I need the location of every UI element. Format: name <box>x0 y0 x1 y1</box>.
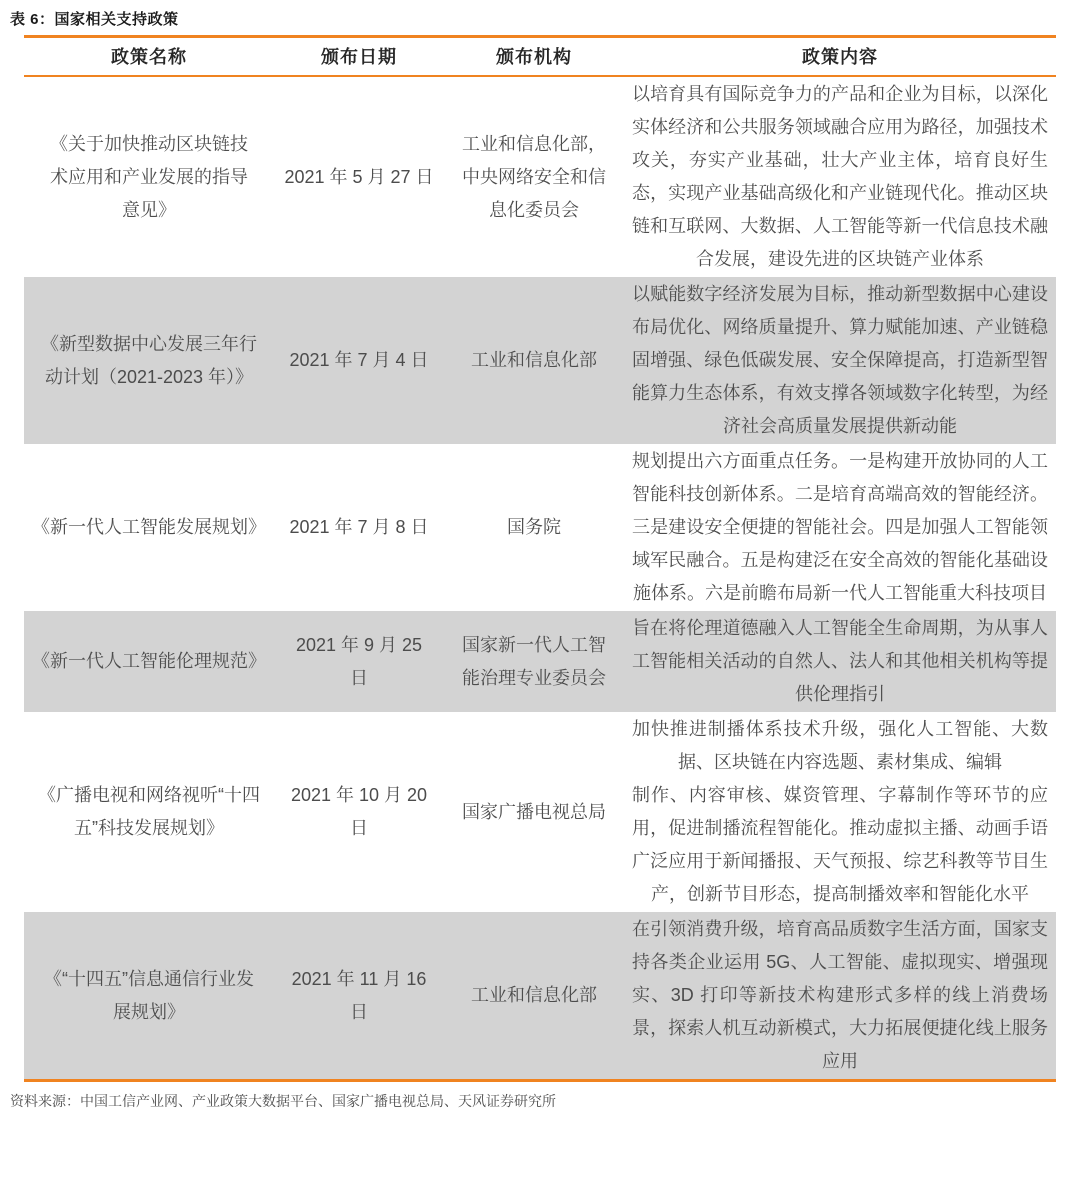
publish-date-cell: 2021 年 9 月 25 日 <box>274 611 444 712</box>
publish-date-cell: 2021 年 11 月 16 日 <box>274 912 444 1081</box>
policy-name-cell: 《新一代人工智能发展规划》 <box>24 444 274 611</box>
policy-name-cell: 《广播电视和网络视听“十四 五”科技发展规划》 <box>24 712 274 912</box>
policy-content-cell: 规划提出六方面重点任务。一是构建开放协同的人工智能科技创新体系。二是培育高端高效… <box>624 444 1056 611</box>
publish-agency-cell: 国家广播电视总局 <box>444 712 624 912</box>
table-row: 《新一代人工智能发展规划》 2021 年 7 月 8 日 国务院 规划提出六方面… <box>24 444 1056 611</box>
table-row: 《新型数据中心发展三年行 动计划（2021-2023 年）》 2021 年 7 … <box>24 277 1056 444</box>
publish-date-cell: 2021 年 10 月 20 日 <box>274 712 444 912</box>
table-header: 政策名称 颁布日期 颁布机构 政策内容 <box>24 37 1056 77</box>
policy-name-cell: 《关于加快推动区块链技 术应用和产业发展的指导 意见》 <box>24 76 274 277</box>
header-row: 政策名称 颁布日期 颁布机构 政策内容 <box>24 37 1056 77</box>
table-body: 《关于加快推动区块链技 术应用和产业发展的指导 意见》 2021 年 5 月 2… <box>24 76 1056 1081</box>
policy-name-cell: 《新一代人工智能伦理规范》 <box>24 611 274 712</box>
policy-name-cell: 《“十四五”信息通信行业发 展规划》 <box>24 912 274 1081</box>
policy-table: 政策名称 颁布日期 颁布机构 政策内容 《关于加快推动区块链技 术应用和产业发展… <box>24 35 1056 1082</box>
publish-date-cell: 2021 年 7 月 4 日 <box>274 277 444 444</box>
column-header-publish-agency: 颁布机构 <box>444 37 624 77</box>
column-header-policy-name: 政策名称 <box>24 37 274 77</box>
policy-content-cell: 以培育具有国际竞争力的产品和企业为目标，以深化实体经济和公共服务领域融合应用为路… <box>624 76 1056 277</box>
policy-content-cell: 在引领消费升级，培育高品质数字生活方面，国家支持各类企业运用 5G、人工智能、虚… <box>624 912 1056 1081</box>
table-caption: 表 6：国家相关支持政策 <box>10 6 1070 35</box>
publish-agency-cell: 工业和信息化部 <box>444 912 624 1081</box>
publish-date-cell: 2021 年 5 月 27 日 <box>274 76 444 277</box>
policy-content-cell: 旨在将伦理道德融入人工智能全生命周期，为从事人工智能相关活动的自然人、法人和其他… <box>624 611 1056 712</box>
table-row: 《广播电视和网络视听“十四 五”科技发展规划》 2021 年 10 月 20 日… <box>24 712 1056 912</box>
publish-agency-cell: 国务院 <box>444 444 624 611</box>
column-header-publish-date: 颁布日期 <box>274 37 444 77</box>
policy-content-cell: 加快推进制播体系技术升级，强化人工智能、大数据、区块链在内容选题、素材集成、编辑… <box>624 712 1056 912</box>
report-page: 表 6：国家相关支持政策 政策名称 颁布日期 颁布机构 政策内容 《关于加快推动… <box>0 0 1080 1111</box>
table-row: 《新一代人工智能伦理规范》 2021 年 9 月 25 日 国家新一代人工智 能… <box>24 611 1056 712</box>
publish-agency-cell: 工业和信息化部 <box>444 277 624 444</box>
publish-agency-cell: 国家新一代人工智 能治理专业委员会 <box>444 611 624 712</box>
policy-name-cell: 《新型数据中心发展三年行 动计划（2021-2023 年）》 <box>24 277 274 444</box>
publish-date-cell: 2021 年 7 月 8 日 <box>274 444 444 611</box>
source-note: 资料来源：中国工信产业网、产业政策大数据平台、国家广播电视总局、天风证券研究所 <box>10 1082 1070 1111</box>
publish-agency-cell: 工业和信息化部， 中央网络安全和信 息化委员会 <box>444 76 624 277</box>
policy-content-cell: 以赋能数字经济发展为目标，推动新型数据中心建设布局优化、网络质量提升、算力赋能加… <box>624 277 1056 444</box>
table-row: 《关于加快推动区块链技 术应用和产业发展的指导 意见》 2021 年 5 月 2… <box>24 76 1056 277</box>
table-row: 《“十四五”信息通信行业发 展规划》 2021 年 11 月 16 日 工业和信… <box>24 912 1056 1081</box>
column-header-policy-content: 政策内容 <box>624 37 1056 77</box>
